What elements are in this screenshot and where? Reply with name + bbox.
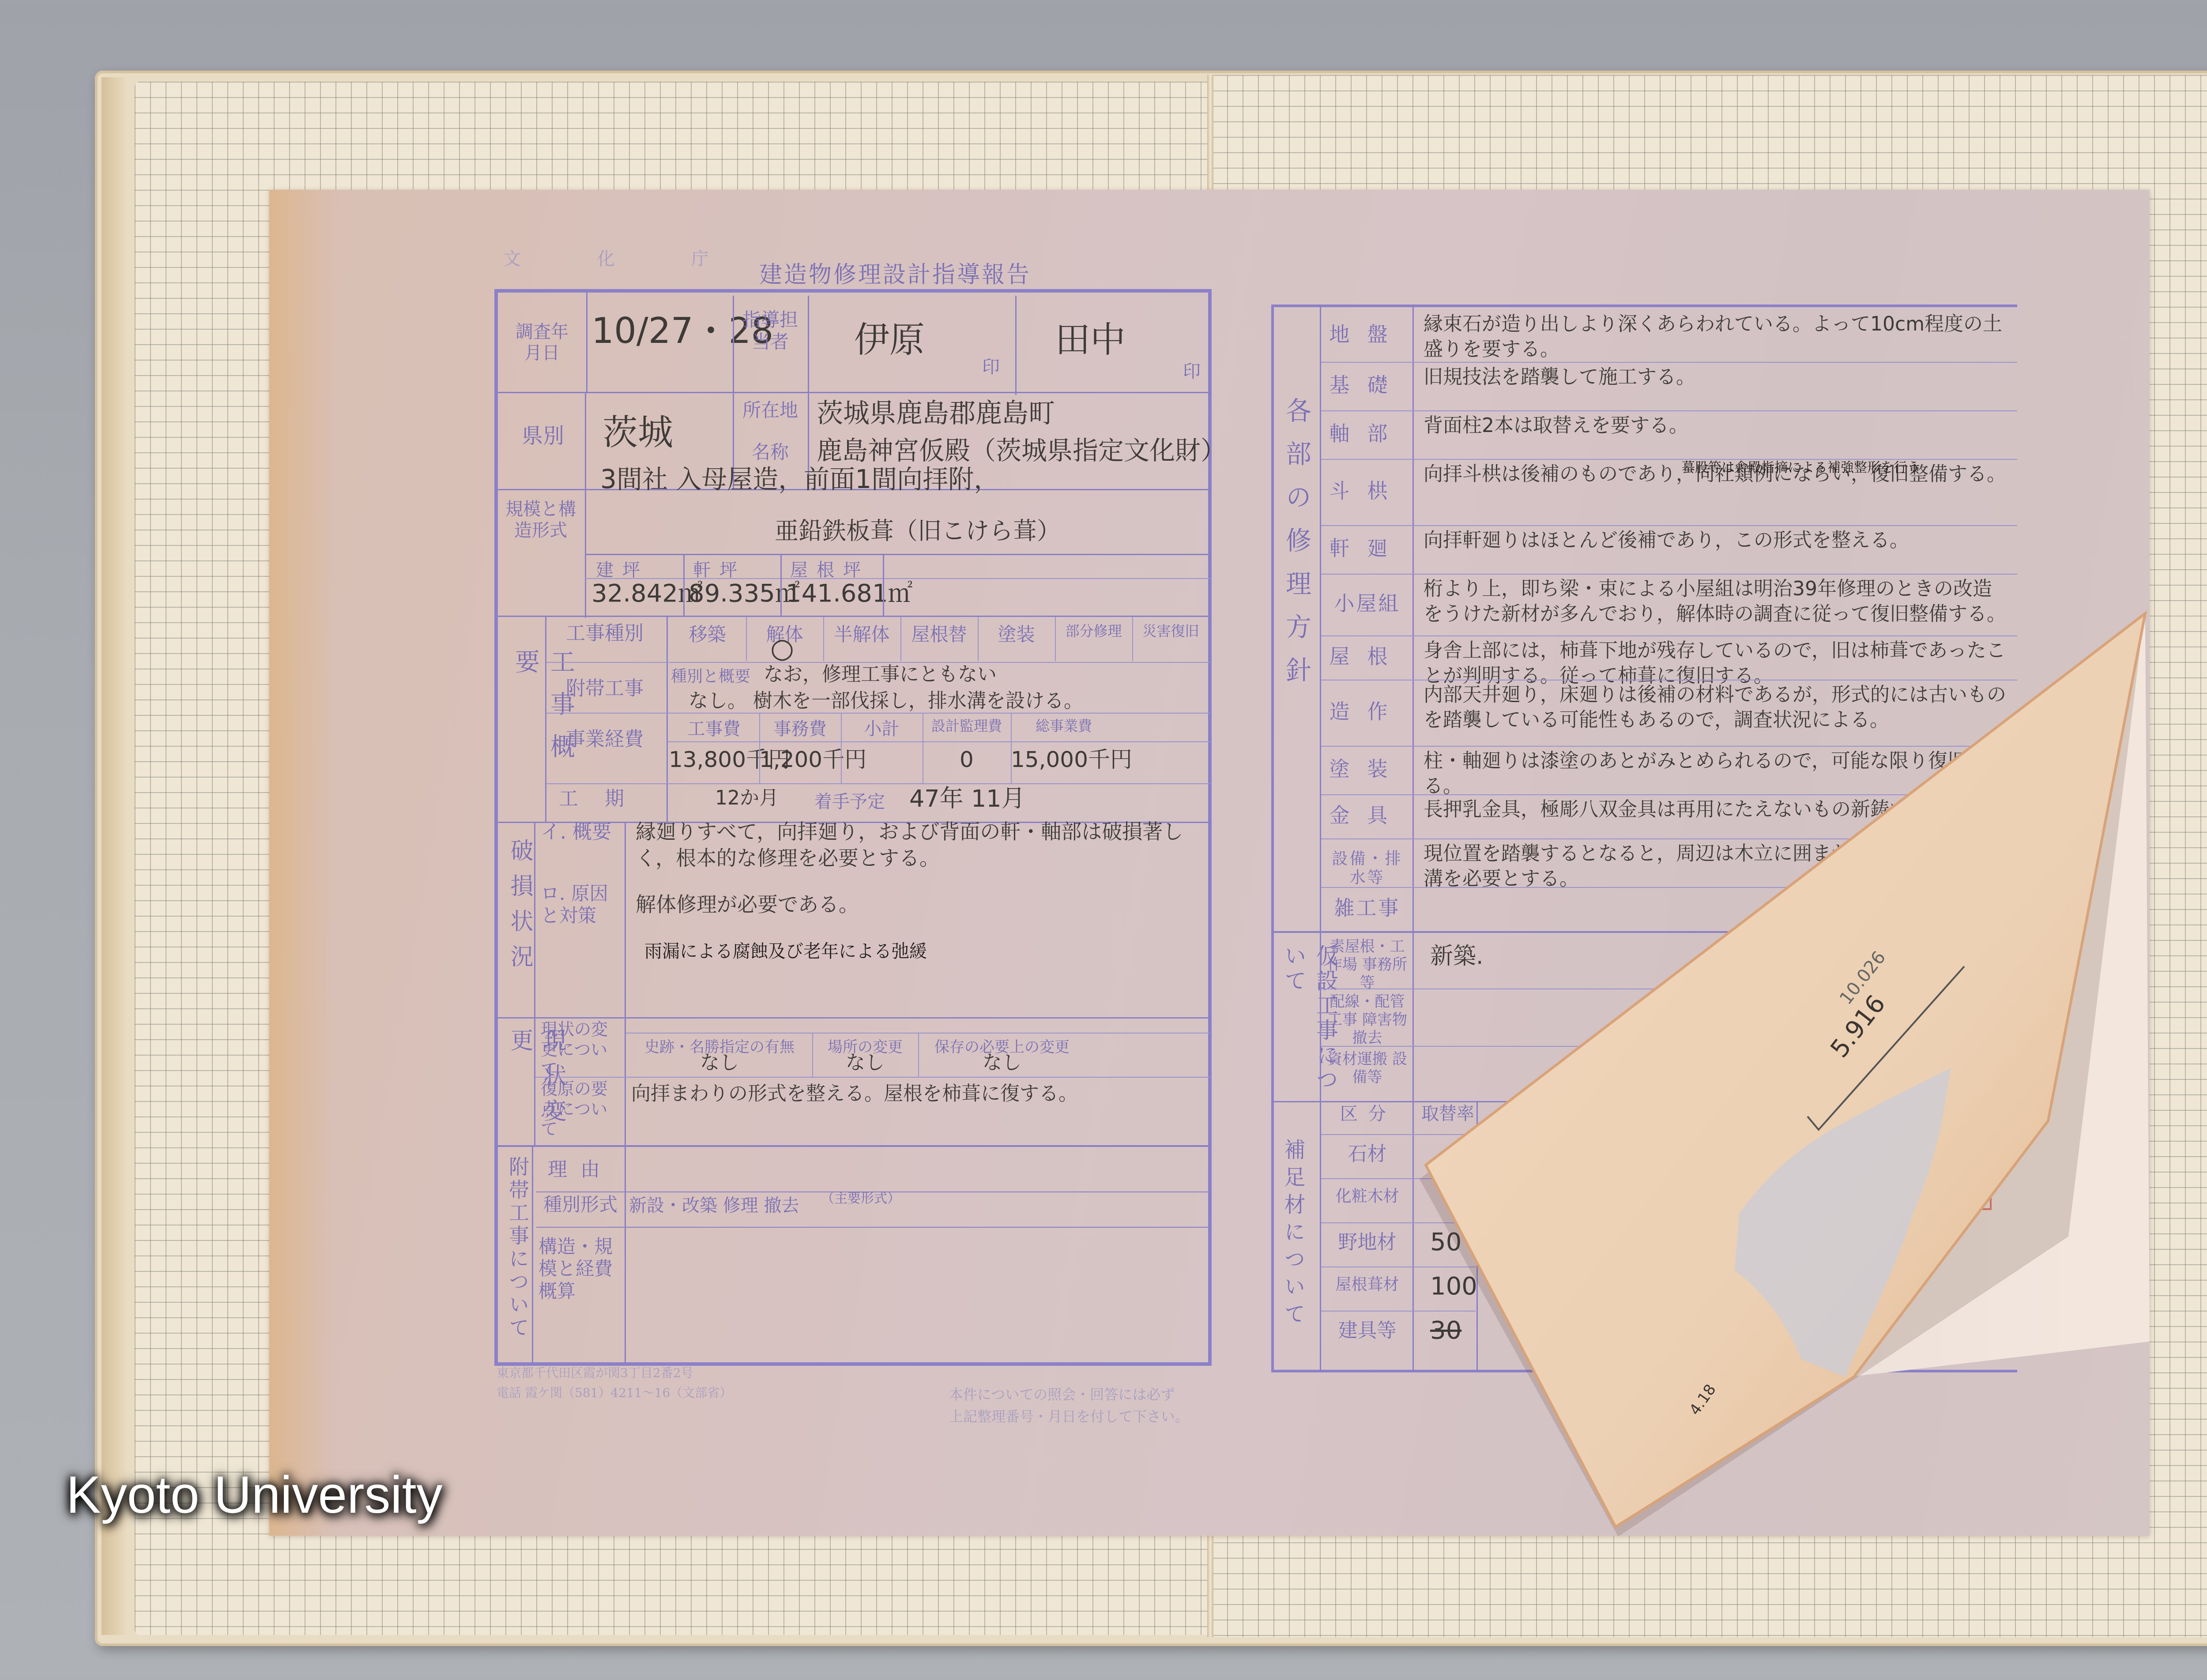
agency-name: 文 化 庁 xyxy=(503,245,744,270)
divider xyxy=(1321,525,2017,526)
change-value: なし xyxy=(812,1050,918,1075)
divider xyxy=(498,1017,1211,1019)
temp-row-text: 新築. xyxy=(1430,942,1484,971)
temp-row-label: 資材運搬 設備等 xyxy=(1324,1050,1410,1086)
divider xyxy=(498,1145,1211,1147)
annex-struct-label: 構造・規模と経費概算 xyxy=(539,1236,622,1302)
guidance-person-2: 田中 xyxy=(1055,318,1126,362)
divider xyxy=(1476,1101,1478,1372)
area-label: 屋根坪 xyxy=(790,556,870,581)
divider xyxy=(759,714,760,783)
footer-note-1: 本件についての照会・回答には必ず xyxy=(949,1383,1175,1404)
divider xyxy=(534,822,535,1018)
repair-row-label: 軸部 xyxy=(1324,421,1410,446)
scale-label: 規模と構造形式 xyxy=(501,499,580,541)
repair-row-text: 内部天井廻り，床廻りは後補の材料であるが，形式的には古いものを踏襲している可能性… xyxy=(1424,682,2006,733)
divider xyxy=(1321,1046,2017,1047)
divider xyxy=(534,1017,535,1145)
incidental-sub-label: 種別と概要 xyxy=(671,664,750,687)
divider xyxy=(1321,838,2017,839)
repair-row-label: 軒廻 xyxy=(1324,536,1410,560)
cost-column-label: 設計監理費 xyxy=(923,715,1011,735)
area-label: 軒坪 xyxy=(693,556,746,581)
period-label: 工期 xyxy=(550,788,660,811)
divider xyxy=(536,1227,1209,1228)
divider xyxy=(1321,1267,1476,1267)
seal-1: 印 xyxy=(982,353,1000,378)
location-label: 所在地 xyxy=(739,399,801,421)
notebook-page-edges xyxy=(102,77,128,1635)
divider xyxy=(683,555,685,617)
repair-row-label: 塗装 xyxy=(1324,757,1410,781)
work-type-option: 屋根替 xyxy=(900,620,978,646)
divider xyxy=(780,555,782,617)
repair-row-label: 金具 xyxy=(1324,803,1410,827)
repair-policy-label: 各部の修理方針 xyxy=(1278,397,1315,794)
change-value: なし xyxy=(918,1050,1086,1075)
supp-row-label: 建具等 xyxy=(1324,1319,1410,1343)
divider xyxy=(900,617,901,661)
cost-column-label: 総事業費 xyxy=(1011,715,1117,735)
divider xyxy=(923,714,923,783)
divider xyxy=(585,554,1212,555)
supp-row-label: 化粧木材 xyxy=(1324,1187,1410,1206)
divider xyxy=(918,1033,919,1077)
area-value: 32.842㎡ xyxy=(591,578,703,609)
divider xyxy=(1271,1101,2017,1102)
change-about-label: 現状の変更について xyxy=(541,1019,620,1080)
incidental-label: 附帯工事 xyxy=(550,677,660,701)
divider xyxy=(1321,794,2017,795)
repair-row-text: 旧規技法を踏襲して施工する。 xyxy=(1424,365,2006,390)
repair-row-text: 長押乳金具，極彫八双金具は再用にたえないもの新鋳する。 xyxy=(1424,797,2006,822)
prefecture: 茨城 xyxy=(603,410,673,455)
supp-material-label: 補足材について xyxy=(1278,1139,1308,1346)
work-type-option: 塗装 xyxy=(978,620,1055,646)
annex-label: 附帯工事について xyxy=(503,1156,532,1355)
divider xyxy=(625,1146,626,1364)
annex-type-label: 種別形式 xyxy=(539,1194,622,1216)
scale-line-1: 3間社 入母屋造，前面1間向拝附， xyxy=(600,463,999,496)
annex-type-options: 新設・改築 修理 撤去 xyxy=(629,1191,799,1217)
damage-summary: 縁廻りすべて，向拝廻り，および背面の軒・軸部は破損著しく，根本的な修理を必要とす… xyxy=(636,819,1201,872)
location: 茨城県鹿島郡鹿島町 xyxy=(817,397,1055,430)
footer-address: 東京都千代田区霞が関3丁目2番2号 xyxy=(497,1364,693,1381)
cost-value: 1,200千円 xyxy=(759,746,841,774)
repair-row-label: 地盤 xyxy=(1324,322,1410,346)
scale-line-2: 亜鉛鉄板葺（旧こけら葺） xyxy=(775,516,1061,546)
footer-phone: 電話 霞ケ関（581）4211～16（文部省） xyxy=(497,1383,732,1401)
divider xyxy=(668,741,1211,742)
supp-header-rate: 取替率 xyxy=(1421,1103,1474,1124)
supp-row-value: 50 xyxy=(1430,1227,1461,1258)
divider xyxy=(585,393,586,490)
temp-row-label: 素屋根・工作場 事務所等 xyxy=(1324,938,1410,992)
building-name: 鹿島神宮仮殿（茨城県指定文化財） xyxy=(817,435,1226,467)
cost-value: 13,800千円 xyxy=(669,746,759,774)
supp-header-category: 区分 xyxy=(1329,1103,1408,1124)
divider xyxy=(535,1077,1211,1078)
period-value: 12か月 xyxy=(715,786,779,811)
divider xyxy=(625,1017,626,1145)
damage-cause-2: 雨漏による腐蝕及び老年による弛緩 xyxy=(644,940,927,963)
cost-column-label: 小計 xyxy=(841,715,923,740)
divider xyxy=(1011,714,1012,783)
start-label: 着手予定 xyxy=(814,788,885,813)
repair-row-text: 向拝軒廻りはほとんど後補であり，この形式を整える。 xyxy=(1424,528,2006,553)
reason-label: 理由 xyxy=(541,1158,620,1182)
seal-2: 印 xyxy=(1183,357,1201,383)
damage-label: 破損状況 xyxy=(503,838,536,997)
supp-row-label: 石材 xyxy=(1324,1143,1410,1166)
temp-row-label: 配線・配管工事 障害物撤去 xyxy=(1324,993,1410,1047)
start-value: 47年 11月 xyxy=(909,783,1025,814)
work-type-option: 部分修理 xyxy=(1055,620,1132,640)
divider xyxy=(1321,635,2017,636)
bracket-note: 蟇股等は舎殿指摘による補強整形を行う xyxy=(1682,459,1920,476)
repair-row-text: 縁束石が造り出しより深くあらわれている。よって10cm程度の土盛りを要する。 xyxy=(1424,312,2006,362)
work-type-option: 移築 xyxy=(669,620,746,646)
divider xyxy=(626,1033,1211,1034)
area-value: 89.335㎡ xyxy=(689,578,800,609)
divider xyxy=(1321,988,2017,989)
area-value: 141.681㎡ xyxy=(786,578,913,609)
divider xyxy=(746,617,747,661)
repair-row-label: 小屋組 xyxy=(1324,591,1410,616)
repair-row-label: 斗栱 xyxy=(1324,479,1410,503)
repair-row-text: 身舎上部には，柿葺下地が残存しているので，旧は柿葺であったことが判明する。従って… xyxy=(1424,638,2006,688)
divider xyxy=(1321,410,2017,411)
divider xyxy=(1321,680,2017,680)
watermark-kyoto-university: Kyoto University xyxy=(66,1465,443,1525)
divider xyxy=(1132,617,1133,661)
divider xyxy=(1015,296,1017,395)
survey-date-label: 調査年月日 xyxy=(511,321,573,364)
area-label: 建坪 xyxy=(596,556,649,581)
cost-label: 事業経費 xyxy=(550,728,660,752)
restore-label: 復原の要点について xyxy=(541,1079,620,1139)
repair-row-text: 現位置を踏襲するとなると，周辺は木立に囲まれ雨水排出用の排水溝を必要とする。 xyxy=(1424,841,2006,891)
repair-row-text: 桁より上，即ち梁・束による小屋組は明治39年修理のときの改造をうけた新材が多んで… xyxy=(1424,576,2006,627)
divider xyxy=(883,555,884,617)
divider xyxy=(498,616,1211,617)
divider xyxy=(1320,931,1321,1101)
repair-row-text: 背面柱2本は取替えを要する。 xyxy=(1424,413,2006,438)
footer-note-2: 上記整理番号・月日を付して下さい。 xyxy=(949,1406,1189,1426)
supp-row-value: 100 xyxy=(1430,1271,1477,1302)
supp-row-label: 屋根葺材 xyxy=(1324,1275,1410,1294)
divider xyxy=(1321,746,2017,747)
repair-row-text: 柱・軸廻りは漆塗のあとがみとめられるので，可能な限り復旧する。 xyxy=(1424,748,2006,799)
survey-date-label-cell: 調査年月日 xyxy=(498,293,588,393)
divider xyxy=(1321,1222,1476,1223)
cost-column-label: 事務費 xyxy=(759,715,841,740)
divider xyxy=(532,1146,533,1364)
divider xyxy=(498,392,1211,393)
divider xyxy=(1321,362,2017,363)
divider xyxy=(1320,1101,1321,1372)
form-title: 建造物修理設計指導報告 xyxy=(759,256,1031,289)
sheet-stained-edge xyxy=(269,190,335,1536)
repair-row-label: 雑工事 xyxy=(1324,896,1410,920)
work-type-option: 半解体 xyxy=(823,620,900,646)
incidental-value: なし。 樹木を一部伐採し，排水溝を設ける。 xyxy=(689,688,1083,714)
divider xyxy=(546,783,1211,784)
divider xyxy=(812,1033,813,1077)
divider xyxy=(1055,617,1056,661)
divider xyxy=(1321,1178,1476,1179)
work-type-mark: ○ xyxy=(770,631,794,665)
divider xyxy=(1320,304,1321,931)
divider xyxy=(1321,1134,1476,1135)
cost-value: 0 xyxy=(923,746,1011,774)
damage-cause-label: ロ. 原因と対策 xyxy=(541,883,620,927)
restore-value: 向拝まわりの形式を整える。屋根を柿葺に復する。 xyxy=(631,1081,1205,1106)
repair-row-label: 設備・排水等 xyxy=(1324,849,1410,887)
repair-row-label: 造作 xyxy=(1324,699,1410,724)
incidental-note: なお，修理工事にともない xyxy=(764,662,997,687)
cost-column-label: 工事費 xyxy=(669,715,759,740)
supp-row-value: 30 xyxy=(1430,1315,1461,1346)
divider xyxy=(1321,574,2017,575)
damage-summary-label: イ. 概要 xyxy=(541,821,611,844)
divider xyxy=(978,617,979,661)
name-label: 名称 xyxy=(739,441,801,463)
divider xyxy=(823,617,824,661)
damage-cause-1: 解体修理が必要である。 xyxy=(636,891,859,918)
repair-row-label: 基礎 xyxy=(1324,373,1410,397)
divider xyxy=(667,616,668,823)
divider xyxy=(841,714,842,783)
prefecture-label: 県別 xyxy=(503,424,583,449)
divider xyxy=(545,616,546,823)
supp-row-label: 野地材 xyxy=(1324,1231,1410,1255)
annex-type-note: （主要形式） xyxy=(821,1187,900,1206)
guidance-label: 指導担当者 xyxy=(739,309,801,353)
divider xyxy=(546,713,1211,714)
cost-value: 15,000千円 xyxy=(1011,746,1117,774)
divider xyxy=(625,822,626,1018)
work-type-label: 工事種別 xyxy=(550,622,660,646)
divider xyxy=(1321,1311,1476,1312)
guidance-person-1: 伊原 xyxy=(854,318,925,362)
divider xyxy=(1271,931,2017,933)
change-value: なし xyxy=(627,1050,812,1075)
work-type-option: 災害復旧 xyxy=(1132,620,1209,640)
repair-row-label: 屋根 xyxy=(1324,644,1410,669)
divider xyxy=(1321,887,2017,888)
